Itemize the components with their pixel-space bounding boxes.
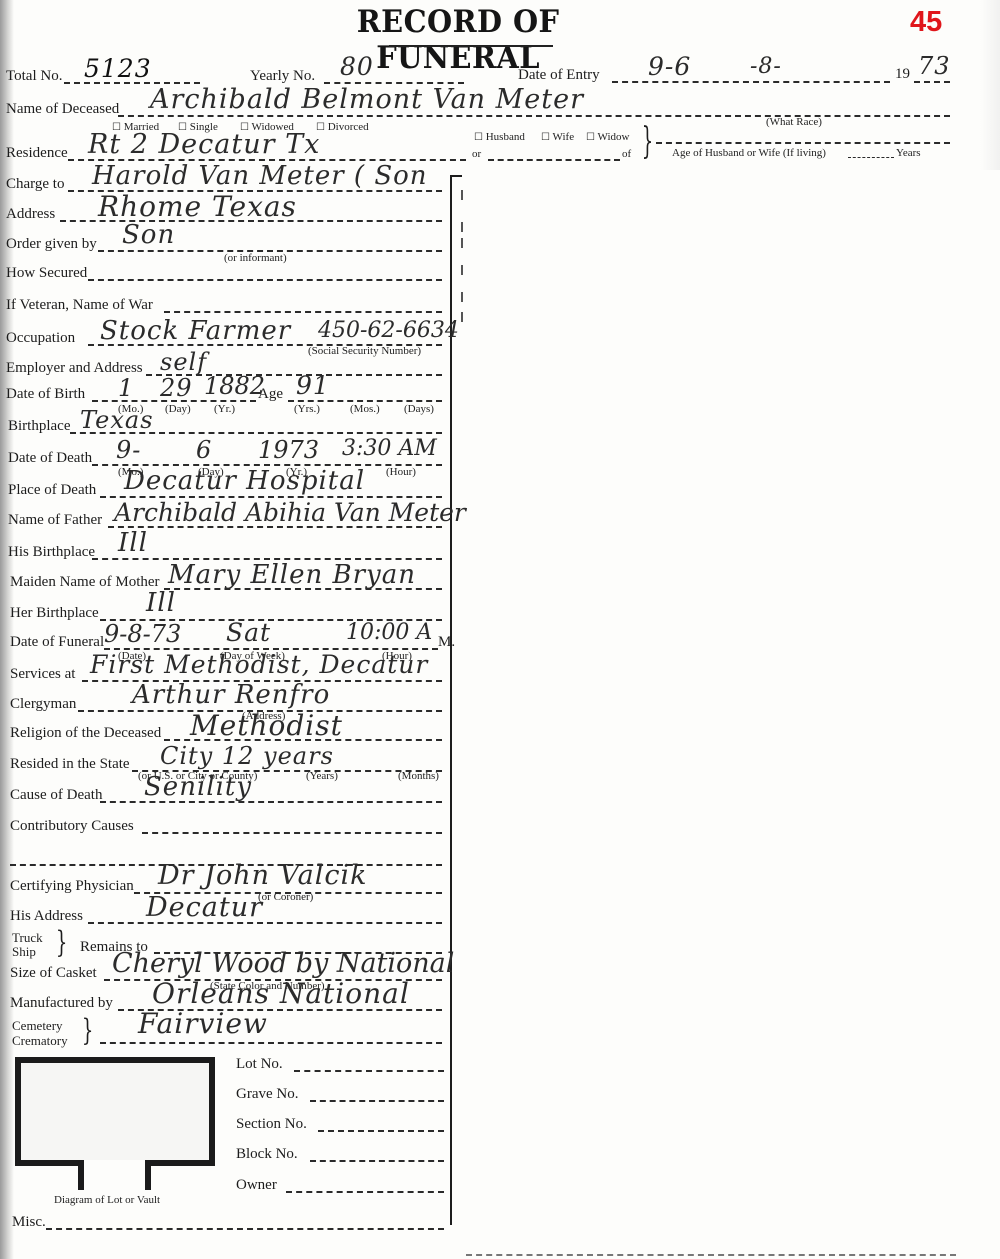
spouse-brace: } <box>642 124 653 160</box>
birth-year[interactable]: 1882 <box>204 374 265 398</box>
funeral-hour[interactable]: 10:00 A <box>346 622 432 644</box>
contributory-label: Contributory Causes <box>10 818 134 835</box>
year-value[interactable]: 73 <box>918 54 951 78</box>
block-no-label: Block No. <box>236 1146 298 1163</box>
order-given-by-value[interactable]: Son <box>122 222 175 248</box>
contributory-line-1 <box>142 832 442 834</box>
charge-to-label: Charge to <box>6 176 64 193</box>
services-at-label: Services at <box>10 666 75 683</box>
truck-ship-brace: } <box>56 928 67 958</box>
cause-of-death-value[interactable]: Senility <box>144 774 252 800</box>
funeral-date-label: Date of Funeral <box>10 634 104 651</box>
owner-label: Owner <box>236 1177 277 1194</box>
charge-to-value[interactable]: Harold Van Meter ( Son <box>92 163 428 189</box>
address-value[interactable]: Rhome Texas <box>98 193 297 221</box>
sublabel-months: (Months) <box>398 770 439 782</box>
of-label: of <box>622 148 631 160</box>
order-given-by-label: Order given by <box>6 236 97 253</box>
her-birthplace-value[interactable]: Ill <box>146 590 176 616</box>
employer-value[interactable]: self <box>160 350 207 374</box>
date-of-entry-value[interactable]: 9-6 <box>648 54 691 79</box>
vault-diagram-leg-left <box>78 1160 84 1190</box>
resided-value[interactable]: City 12 years <box>160 744 334 768</box>
ssn-value[interactable]: 450-62-6634 <box>318 320 459 342</box>
crematory-label: Crematory <box>12 1033 68 1049</box>
vault-diagram-bottom-left <box>15 1160 84 1166</box>
cause-of-death-label: Cause of Death <box>10 787 102 804</box>
physician-value[interactable]: Dr John Valcik <box>158 862 367 889</box>
physician-label: Certifying Physician <box>10 878 134 895</box>
age-spouse-line <box>848 157 894 158</box>
total-no-value[interactable]: 5123 <box>84 56 152 81</box>
spouse-of-line <box>488 159 620 161</box>
her-birthplace-label: Her Birthplace <box>10 605 99 622</box>
veteran-label: If Veteran, Name of War <box>6 297 153 314</box>
casket-label: Size of Casket <box>10 965 97 982</box>
funeral-hour-suffix: M. <box>438 634 455 651</box>
resided-label: Resided in the State <box>10 756 130 773</box>
misc-label: Misc. <box>12 1214 46 1231</box>
age-line <box>288 400 442 402</box>
title-underline <box>389 45 553 47</box>
vault-diagram-area[interactable] <box>21 1063 209 1160</box>
date-of-entry-label: Date of Entry <box>518 67 600 84</box>
or-coroner-sublabel: (or Coroner) <box>258 891 313 903</box>
name-of-deceased-label: Name of Deceased <box>6 101 119 118</box>
sublabel-mos: (Mos.) <box>350 403 380 415</box>
date-of-death-label: Date of Death <box>8 450 92 467</box>
checkbox-icon: ☐ <box>474 132 483 143</box>
death-month[interactable]: 9- <box>116 438 141 462</box>
death-year[interactable]: 1973 <box>258 438 319 462</box>
year-line <box>914 81 950 83</box>
yearly-no-value[interactable]: 80 <box>340 54 374 79</box>
sublabel-yr: (Yr.) <box>214 403 235 415</box>
ship-label: Ship <box>12 944 36 960</box>
faint-mark <box>461 238 463 248</box>
place-of-death-value[interactable]: Decatur Hospital <box>124 468 365 494</box>
owner-line[interactable] <box>286 1191 444 1193</box>
lot-no-line[interactable] <box>294 1070 444 1072</box>
date-of-entry-extra: -8- <box>750 56 782 78</box>
vault-diagram-right <box>209 1057 215 1166</box>
block-no-line[interactable] <box>310 1160 444 1162</box>
date-of-entry-line <box>612 81 890 83</box>
years-label: Years <box>896 147 921 159</box>
physician-address-value[interactable]: Decatur <box>146 894 263 921</box>
faint-mark <box>461 222 463 232</box>
birth-day[interactable]: 29 <box>160 376 193 400</box>
clergyman-label: Clergyman <box>10 696 76 713</box>
lot-no-label: Lot No. <box>236 1056 283 1073</box>
clergyman-value[interactable]: Arthur Renfro <box>132 682 330 708</box>
grave-no-line[interactable] <box>310 1100 444 1102</box>
checkbox-icon: ☐ <box>586 132 595 143</box>
manufactured-by-value[interactable]: Orleans National <box>152 980 410 1008</box>
mother-value[interactable]: Mary Ellen Bryan <box>168 562 416 588</box>
place-of-death-label: Place of Death <box>8 482 96 499</box>
what-race-label: (What Race) <box>766 116 822 128</box>
spouse-wife[interactable]: ☐ Wife <box>541 131 574 143</box>
misc-line[interactable] <box>46 1228 444 1230</box>
physician-address-label: His Address <box>10 908 83 925</box>
faint-mark <box>461 292 463 302</box>
sublabel-days: (Days) <box>404 403 434 415</box>
cemetery-line <box>100 1042 442 1044</box>
cemetery-brace: } <box>82 1016 93 1046</box>
religion-value[interactable]: Methodist <box>190 712 343 740</box>
grave-no-label: Grave No. <box>236 1086 298 1103</box>
or-label: or <box>472 148 481 160</box>
occupation-value[interactable]: Stock Farmer <box>100 318 291 344</box>
birth-month[interactable]: 1 <box>118 376 134 400</box>
age-spouse-label: Age of Husband or Wife (If living) <box>672 147 826 159</box>
or-informant-sublabel: (or informant) <box>224 252 287 264</box>
cemetery-label: Cemetery <box>12 1018 63 1034</box>
marital-divorced[interactable]: ☐ Divorced <box>316 121 369 133</box>
spouse-husband[interactable]: ☐ Husband <box>474 131 525 143</box>
birthplace-label: Birthplace <box>8 418 70 435</box>
residence-value[interactable]: Rt 2 Decatur Tx <box>88 131 320 158</box>
sublabel-hour: (Hour) <box>386 466 416 478</box>
faint-mark <box>461 265 463 275</box>
veteran-line <box>164 311 442 313</box>
total-no-label: Total No. <box>6 68 62 85</box>
how-secured-line <box>88 279 442 281</box>
cemetery-value[interactable]: Fairview <box>138 1010 268 1038</box>
faint-mark <box>461 190 463 200</box>
year-prefix: 19 <box>895 66 910 83</box>
funeral-date-value[interactable]: 9-8-73 <box>104 622 181 646</box>
spouse-name-line <box>656 142 950 144</box>
services-at-value[interactable]: First Methodist, Decatur <box>90 652 428 677</box>
death-day[interactable]: 6 <box>196 438 212 462</box>
faint-mark <box>461 312 463 322</box>
section-no-line[interactable] <box>318 1130 444 1132</box>
name-of-deceased-line <box>118 115 950 117</box>
date-of-birth-label: Date of Birth <box>6 386 85 403</box>
religion-label: Religion of the Deceased <box>10 725 161 742</box>
vault-diagram-bottom-right <box>145 1160 215 1166</box>
death-hour[interactable]: 3:30 AM <box>342 438 437 460</box>
sublabel-day: (Day) <box>165 403 191 415</box>
yearly-no-label: Yearly No. <box>250 68 315 85</box>
sublabel-yrs: (Yrs.) <box>294 403 320 415</box>
vault-diagram-caption: Diagram of Lot or Vault <box>54 1194 160 1206</box>
bottom-faint-line <box>466 1254 956 1256</box>
age-value[interactable]: 91 <box>296 373 330 398</box>
spouse-widow[interactable]: ☐ Widow <box>586 131 629 143</box>
page-number: 45 <box>910 6 942 39</box>
casket-value[interactable]: Cheryl Wood by National <box>112 950 454 977</box>
page-edge-right <box>980 0 1000 170</box>
ssn-sublabel: (Social Security Number) <box>308 345 421 357</box>
birthplace-value[interactable]: Texas <box>80 408 154 432</box>
age-label: Age <box>258 386 283 403</box>
sublabel-years: (Years) <box>306 770 338 782</box>
father-label: Name of Father <box>8 512 102 529</box>
father-value[interactable]: Archibald Abihia Van Meter <box>114 500 466 525</box>
name-of-deceased-value[interactable]: Archibald Belmont Van Meter <box>150 86 584 113</box>
section-no-label: Section No. <box>236 1116 307 1133</box>
occupation-label: Occupation <box>6 330 75 347</box>
how-secured-label: How Secured <box>6 265 87 282</box>
vault-diagram-leg-right <box>145 1160 151 1190</box>
address-label: Address <box>6 206 55 223</box>
residence-label: Residence <box>6 145 68 162</box>
his-birthplace-label: His Birthplace <box>8 544 95 561</box>
mother-label: Maiden Name of Mother <box>10 574 160 591</box>
physician-address-line <box>88 922 442 924</box>
checkbox-icon: ☐ <box>541 132 550 143</box>
funeral-day-of-week[interactable]: Sat <box>226 620 271 645</box>
his-birthplace-value[interactable]: Ill <box>118 530 148 556</box>
manufactured-by-label: Manufactured by <box>10 995 113 1012</box>
